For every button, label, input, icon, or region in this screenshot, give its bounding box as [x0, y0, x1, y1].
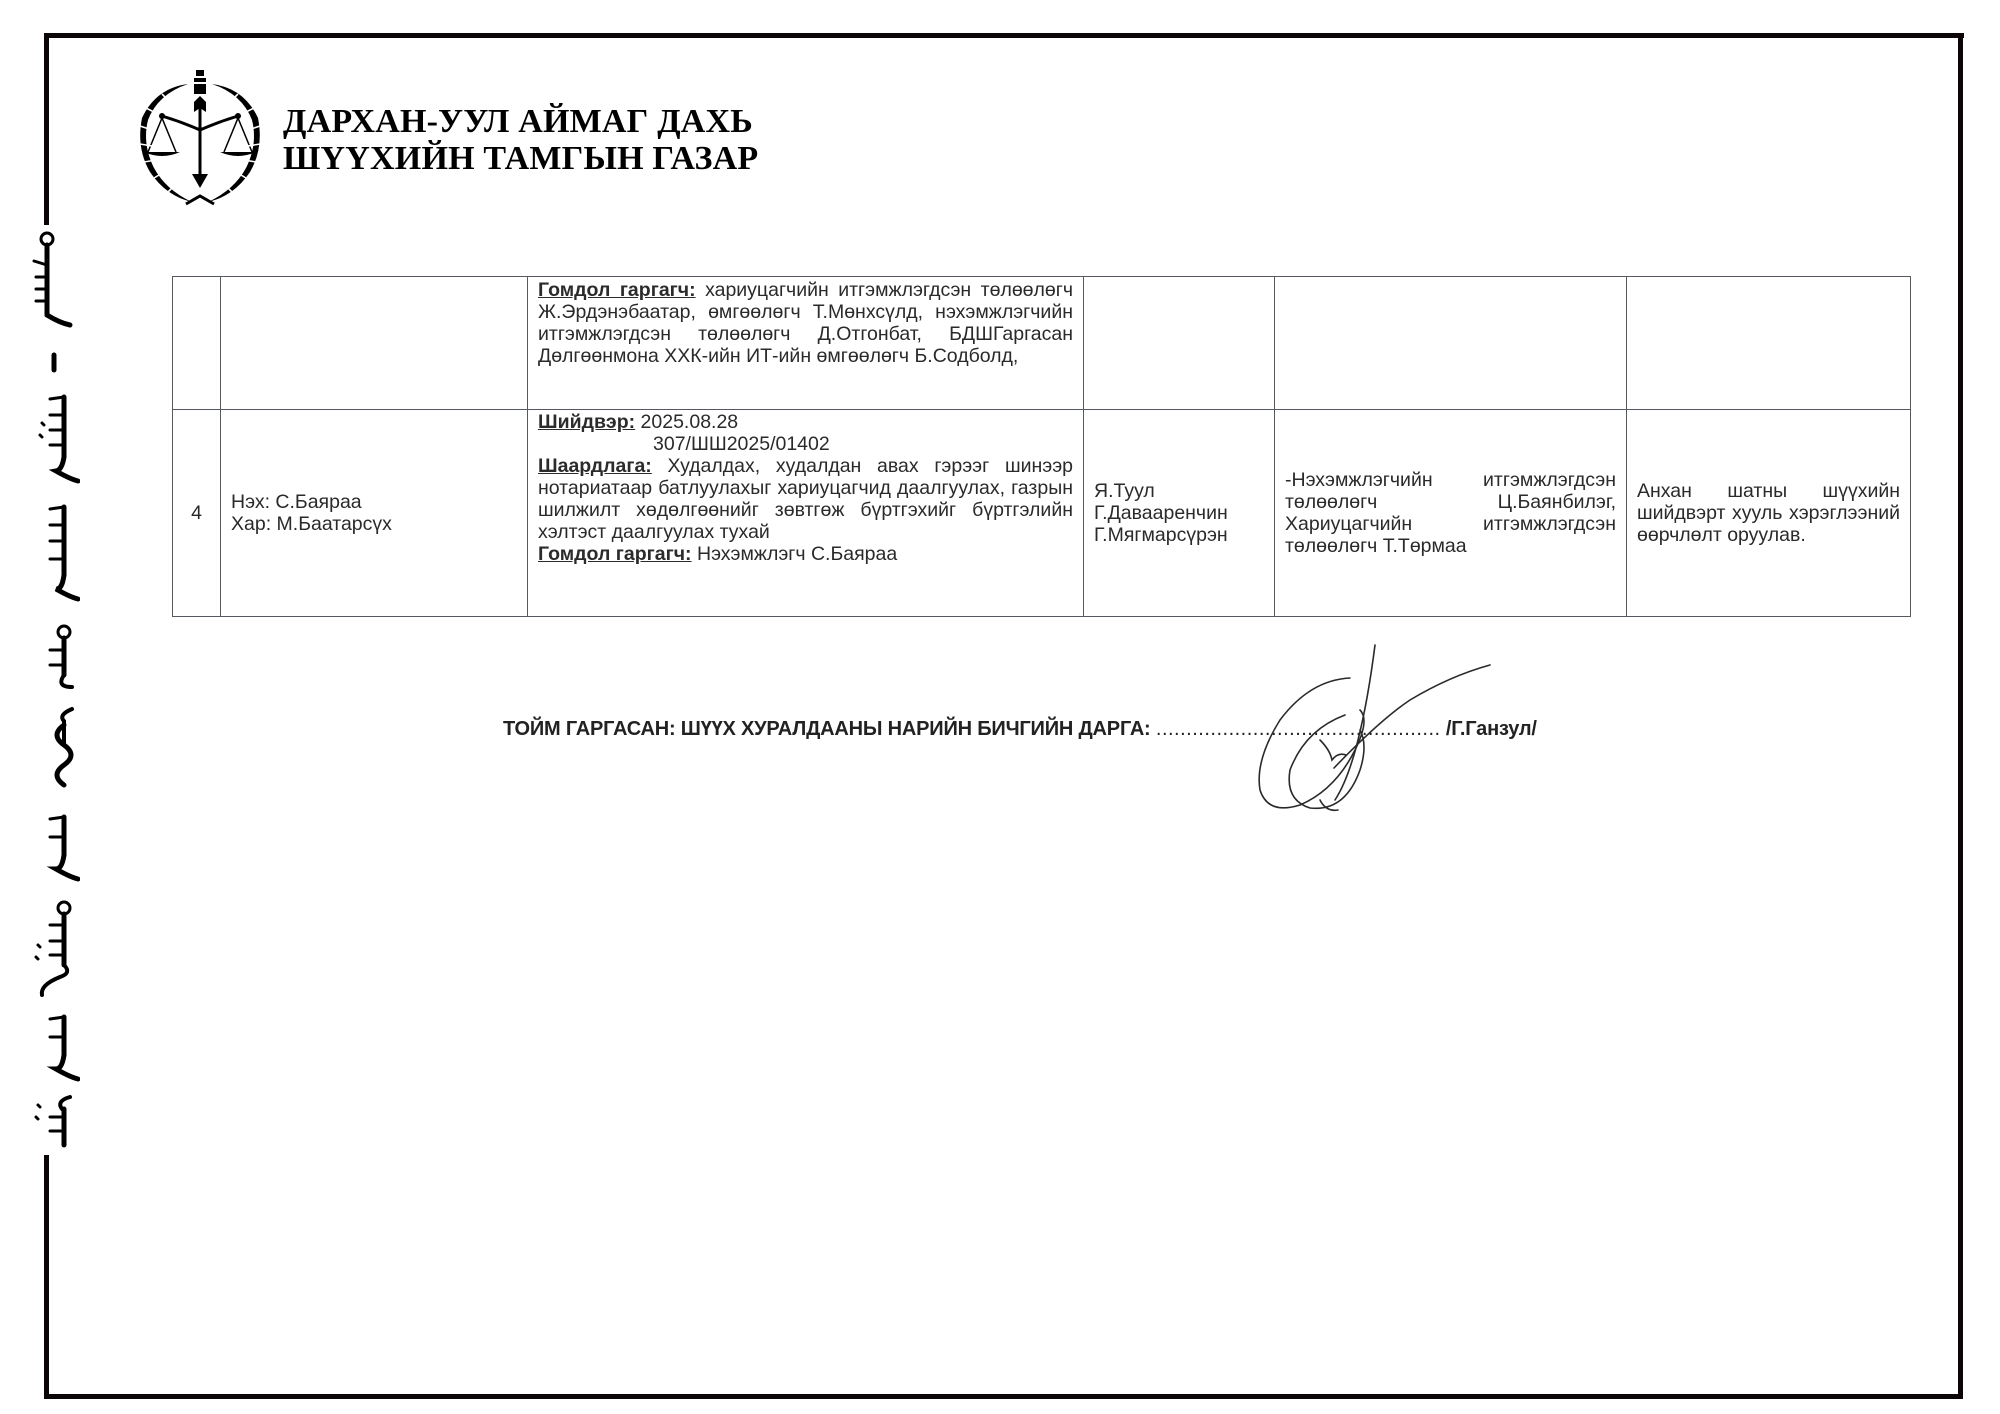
complainant-label: Гомдол гаргагч:: [538, 279, 696, 301]
handwritten-signature-icon: [1250, 640, 1510, 830]
case-review-table: Гомдол гаргагч: хариуцагчийн итгэмжлэгдс…: [172, 276, 1911, 617]
frame-border-bottom: [44, 1394, 1963, 1399]
judge-name: Я.Туул: [1094, 480, 1264, 502]
frame-border-left-bottom: [44, 1155, 49, 1399]
attendees-cell: -Нэхэмжлэгчийн итгэмжлэгдсэн төлөөлөгч Ц…: [1275, 410, 1627, 617]
plaintiff-name: Нэх: С.Баяраа: [231, 491, 517, 513]
judge-name: Г.Мягмарсүрэн: [1094, 524, 1264, 546]
parties-cell: Нэх: С.Баяраа Хар: М.Баатарсүх: [221, 410, 528, 617]
mongolian-script-vertical-icon: [20, 225, 80, 1155]
frame-border-left-top: [44, 33, 49, 225]
table-row: Гомдол гаргагч: хариуцагчийн итгэмжлэгдс…: [173, 277, 1911, 410]
org-name-line2: ШҮҮХИЙН ТАМГЫН ГАЗАР: [283, 140, 758, 177]
prepared-by-label: ТОЙМ ГАРГАСАН: ШҮҮХ ХУРАЛДААНЫ НАРИЙН БИ…: [503, 718, 1151, 740]
claim-label: Шаардлага:: [538, 455, 652, 477]
result-cell: [1627, 277, 1911, 410]
decision-number: 307/ШШ2025/01402: [538, 433, 1073, 455]
judges-cell: [1084, 277, 1275, 410]
case-number-cell: [173, 277, 221, 410]
case-description-cell: Гомдол гаргагч: хариуцагчийн итгэмжлэгдс…: [528, 277, 1084, 410]
decision-label: Шийдвэр:: [538, 411, 635, 433]
result-cell: Анхан шатны шүүхийн шийдвэрт хууль хэрэг…: [1627, 410, 1911, 617]
attendees-cell: [1275, 277, 1627, 410]
decision-date: 2025.08.28: [641, 411, 739, 433]
judge-name: Г.Давааренчин: [1094, 502, 1264, 524]
judges-cell: Я.Туул Г.Давааренчин Г.Мягмарсүрэн: [1084, 410, 1275, 617]
organization-name: ДАРХАН-УУЛ АЙМАГ ДАХЬ ШҮҮХИЙН ТАМГЫН ГАЗ…: [283, 103, 758, 177]
frame-border-top: [44, 33, 1964, 38]
frame-border-right: [1958, 33, 1963, 1399]
complainant-text: Нэхэмжлэгч С.Баяраа: [692, 543, 898, 565]
org-name-line1: ДАРХАН-УУЛ АЙМАГ ДАХЬ: [283, 103, 758, 140]
defendant-name: Хар: М.Баатарсүх: [231, 513, 517, 535]
parties-cell: [221, 277, 528, 410]
court-emblem-scales-wreath-icon: [136, 68, 264, 208]
case-number-cell: 4: [173, 410, 221, 617]
case-description-cell: Шийдвэр: 2025.08.28 307/ШШ2025/01402 Шаа…: [528, 410, 1084, 617]
table-row: 4 Нэх: С.Баяраа Хар: М.Баатарсүх Шийдвэр…: [173, 410, 1911, 617]
complainant-label: Гомдол гаргагч:: [538, 543, 692, 565]
